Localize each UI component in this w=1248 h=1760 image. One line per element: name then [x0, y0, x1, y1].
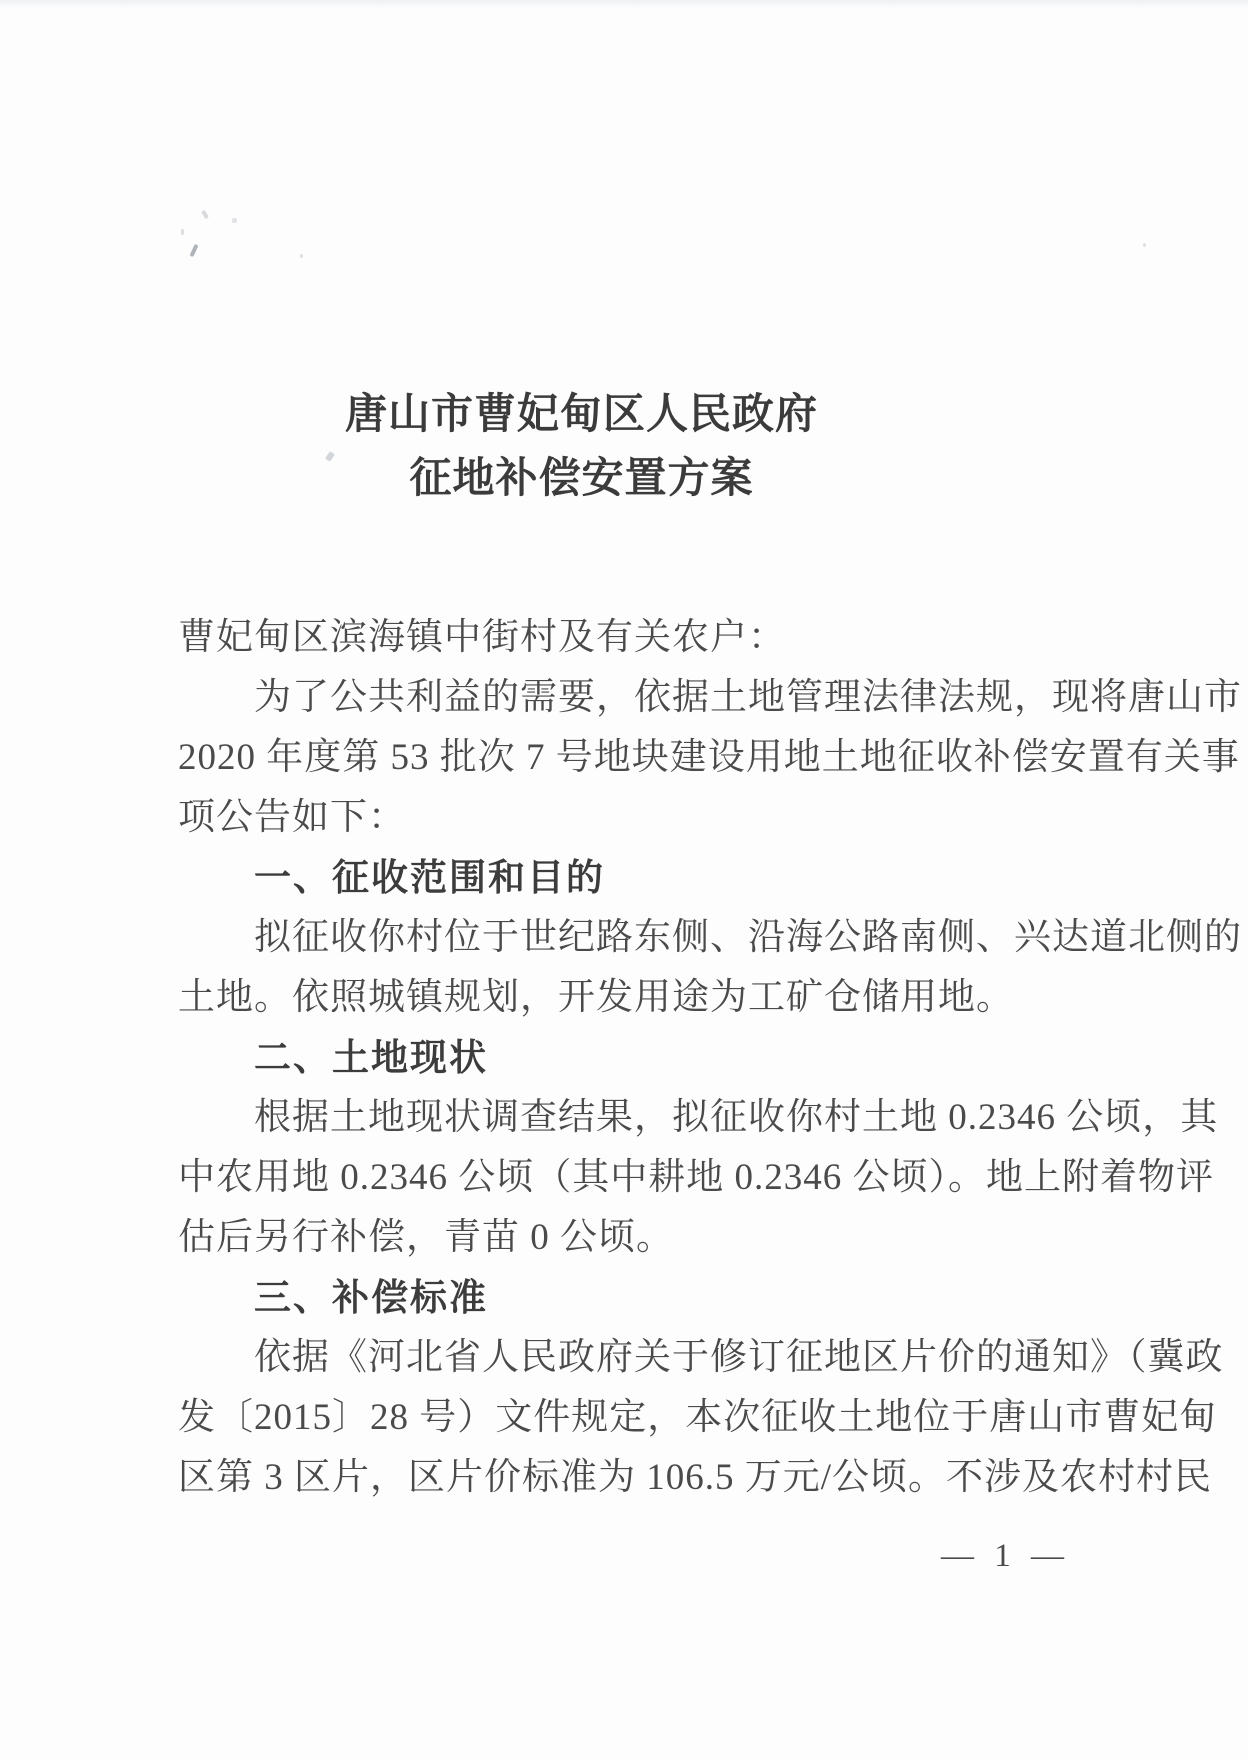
- scan-speck: [232, 218, 237, 223]
- text-line: 中农用地 0.2346 公顷（其中耕地 0.2346 公顷）。地上附着物评: [178, 1148, 1138, 1208]
- scan-speck: [300, 254, 303, 258]
- section-heading: 三、补偿标准: [178, 1268, 1138, 1328]
- text-line: 2020 年度第 53 批次 7 号地块建设用地土地征收补偿安置有关事: [178, 728, 1138, 788]
- scan-speck: [1143, 243, 1146, 247]
- scan-edge-shading: [0, 0, 1248, 8]
- section-heading: 一、征收范围和目的: [178, 848, 1138, 908]
- text-line: 根据土地现状调查结果，拟征收你村土地 0.2346 公顷，其: [178, 1088, 1138, 1148]
- scan-speck: [201, 210, 209, 220]
- text-line: 项公告如下：: [178, 788, 1138, 848]
- text-line: 区第 3 区片，区片价标准为 106.5 万元/公顷。不涉及农村村民: [178, 1448, 1138, 1508]
- text-line: 为了公共利益的需要，依据土地管理法律法规，现将唐山市: [178, 668, 1138, 728]
- text-line: 估后另行补偿，青苗 0 公顷。: [178, 1208, 1138, 1268]
- section-heading: 二、土地现状: [178, 1028, 1138, 1088]
- text-line: 拟征收你村位于世纪路东侧、沿海公路南侧、兴达道北侧的: [178, 908, 1138, 968]
- scanned-page: 唐山市曹妃甸区人民政府 征地补偿安置方案 曹妃甸区滨海镇中街村及有关农户：为了公…: [0, 0, 1248, 1760]
- scan-speck: [189, 244, 198, 257]
- document-title-line1: 唐山市曹妃甸区人民政府: [114, 383, 1049, 447]
- text-line: 土地。依照城镇规划，开发用途为工矿仓储用地。: [178, 968, 1138, 1028]
- text-line: 发〔2015〕28 号）文件规定，本次征收土地位于唐山市曹妃甸: [178, 1388, 1138, 1448]
- page-number: — 1 —: [941, 1538, 1070, 1575]
- document-title: 唐山市曹妃甸区人民政府 征地补偿安置方案: [114, 383, 1049, 511]
- text-line: 依据《河北省人民政府关于修订征地区片价的通知》（冀政: [178, 1328, 1138, 1388]
- scan-speck: [181, 229, 184, 235]
- text-line: 曹妃甸区滨海镇中街村及有关农户：: [178, 608, 1138, 668]
- document-body: 曹妃甸区滨海镇中街村及有关农户：为了公共利益的需要，依据土地管理法律法规，现将唐…: [178, 608, 1138, 1508]
- document-title-line2: 征地补偿安置方案: [114, 447, 1049, 511]
